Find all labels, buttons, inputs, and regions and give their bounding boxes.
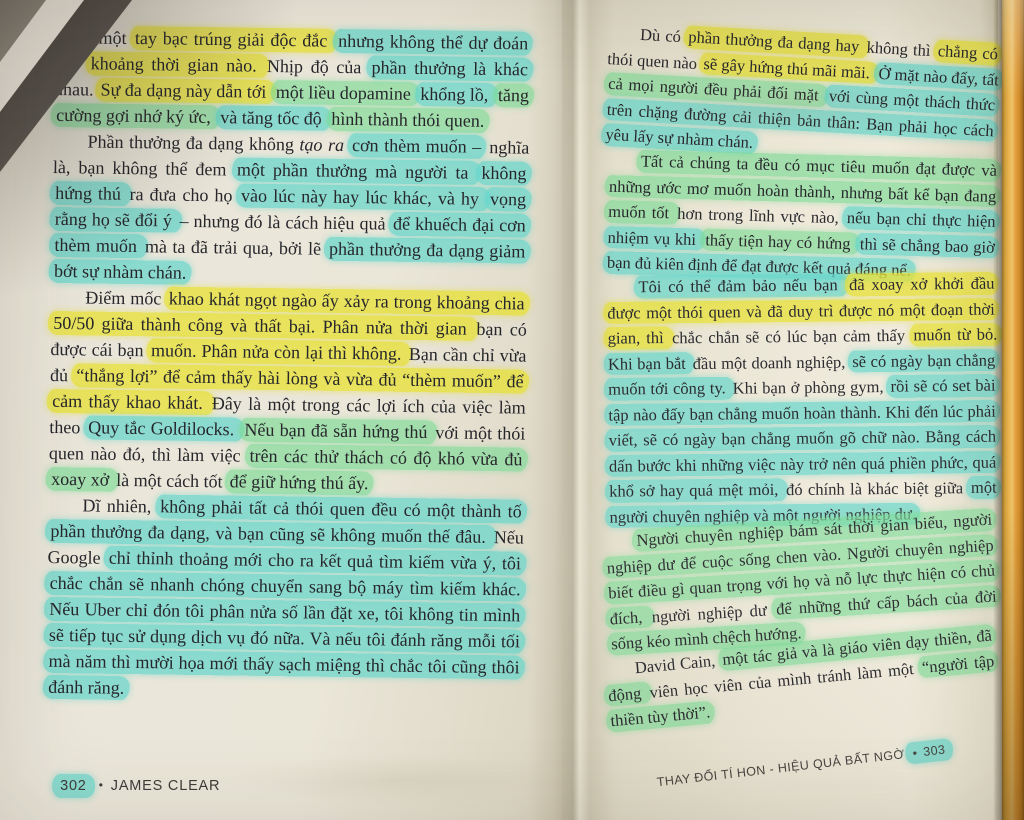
highlighted-text: sẽ gây hứng thú mãi mãi. (698, 52, 879, 84)
text-segment: viên học viên của mình tránh làm một (649, 657, 921, 700)
text-segment: mà ta đã trải qua, bởi lẽ (145, 236, 327, 259)
running-title-author: JAMES CLEAR (111, 778, 221, 794)
highlighted-text: nếu bạn chỉ thực hiện nhiệm vụ khi (603, 206, 1001, 250)
text-segment: người nghiệp dư (651, 600, 774, 626)
highlighted-text: đã xoay xở khởi đầu được một thói quen v… (603, 272, 1000, 349)
text-segment: Điểm mốc (85, 287, 166, 308)
text-segment: vào (54, 53, 88, 73)
highlighted-text: “người tập thiền tùy thời”. (605, 649, 1000, 733)
highlighted-text: một tác giả và là giáo viên dạy thiền, đ… (603, 623, 998, 707)
paragraph: sẽ có một tay bạc trúng giải độc đắc như… (54, 24, 531, 135)
book-cover-edge (1002, 0, 1024, 820)
text-segment: đó chính là khác biệt giữa (786, 478, 969, 499)
paragraph: Dù có phần thưởng đa dạng hay không thì … (602, 20, 1001, 169)
highlighted-text: cả mọi người đều phải đối mặt (603, 72, 829, 107)
text-segment: là một cách tốt (116, 470, 227, 492)
highlighted-text: sẽ có ngày bạn chẳng muốn tới công ty. (603, 349, 1000, 401)
text-segment: Phần thưởng đa dạng không (87, 131, 299, 154)
highlighted-text: để giữ hứng thú ấy. (224, 470, 373, 496)
paragraph: Tôi có thể đảm bảo nếu bạn đã xoay xở kh… (605, 271, 1000, 530)
highlighted-text: rồi sẽ có set bài tập nào đấy bạn chẳng … (604, 374, 1001, 502)
text-segment: David Cain, (634, 650, 721, 677)
highlighted-text: để những thứ cấp bách của đời sống kéo m… (606, 584, 1002, 655)
text-segment: hơn trong lĩnh vực nào, (677, 203, 845, 226)
text-segment: Dĩ nhiên, (82, 495, 157, 516)
paragraph: Phần thưởng đa dạng không tạo ra cơn thè… (51, 128, 529, 291)
highlighted-text: Khi bạn bắt (603, 352, 695, 375)
highlighted-text: muốn từ bỏ. (909, 323, 1002, 346)
highlighted-text: một phần thưởng mà người ta (232, 158, 482, 185)
highlighted-text: cơn thèm muốn – (347, 133, 487, 159)
highlighted-text: phần thưởng là khác (366, 56, 533, 82)
paragraph: Tất cả chúng ta đều có mục tiêu muốn đạt… (604, 148, 999, 286)
paragraph: Điểm mốc khao khát ngọt ngào ấy xảy ra t… (48, 284, 527, 499)
highlighted-text: Quy tắc Goldilocks. (83, 416, 245, 442)
highlighted-text: vào lúc này hay lúc khác, và hy (236, 184, 490, 211)
highlighted-text: Sự đa dạng này dẫn tới (95, 78, 276, 104)
text-segment: đầu một doanh nghiệp, (693, 352, 850, 373)
highlighted-text: một người chuyên nghiệp và một người ngh… (605, 476, 1002, 528)
highlighted-text: Ở mặt nào đấy, tất (873, 62, 1004, 91)
highlighted-text: Tất cả chúng ta đều có mục tiêu muốn đạt… (603, 150, 1001, 224)
open-book-photo: sẽ có một tay bạc trúng giải độc đắc như… (0, 0, 1024, 820)
highlighted-text: thấy tiện hay có hứng (700, 228, 860, 254)
page-number: 302 (52, 774, 95, 798)
page-right-text: Dù có phần thưởng đa dạng hay không thì … (606, 20, 998, 734)
highlighted-text: Người chuyên nghiệp bám sát thời gian bi… (602, 508, 1001, 630)
highlighted-text: thì sẽ chẳng bao giờ bạn đủ kiên định để… (602, 232, 1000, 281)
page-footer-right: THAY ĐỔI TÍ HON - HIỆU QUẢ BẤT NGỜ •303 (657, 742, 951, 789)
highlighted-text: muốn. Phân nửa còn lại thì không. (146, 339, 412, 366)
page-number: •303 (904, 737, 954, 765)
page-footer-left: 302•JAMES CLEAR (55, 778, 220, 794)
paragraph: Người chuyên nghiệp bám sát thời gian bi… (602, 507, 1001, 658)
text-segment: tạo ra (299, 134, 344, 155)
cover-gap-shadow (993, 0, 1002, 820)
highlighted-text: nhưng không thể dự đoán (333, 29, 533, 55)
paragraph: David Cain, một tác giả và là giáo viên … (603, 622, 1000, 734)
footer-bullet-icon: • (99, 778, 104, 792)
highlighted-text: khoảng thời gian nào. (85, 52, 269, 78)
text-segment: ra đưa cho họ (129, 184, 238, 206)
highlighted-text: hình thành thói quen. (326, 107, 489, 133)
text-segment: – nhưng đó là cách hiệu quả (179, 211, 390, 234)
highlighted-text: Tôi có thể đảm bảo nếu bạn (634, 274, 849, 299)
text-segment: sẽ có một (55, 27, 133, 48)
highlighted-text: và tăng tốc độ (215, 105, 331, 130)
highlighted-text: chỉ thỉnh thoảng mới cho ra kết quả tìm … (43, 546, 526, 700)
running-title-book: THAY ĐỔI TÍ HON - HIỆU QUẢ BẤT NGỜ (657, 747, 906, 789)
text-segment: nhau. (54, 79, 98, 100)
footer-bullet-icon: • (912, 746, 918, 760)
highlighted-text: khổng lồ, (415, 82, 498, 107)
highlighted-text: phần thưởng đa dạng hay (683, 26, 869, 59)
text-segment: Nhịp độ của (267, 56, 369, 77)
page-left: sẽ có một tay bạc trúng giải độc đắc như… (0, 0, 562, 820)
text-segment: Khi bạn ở phòng gym, (733, 377, 889, 398)
highlighted-text: một liều dopamine (271, 80, 421, 106)
text-segment: thói quen nào (607, 49, 702, 73)
highlighted-text: với cùng một thách thức trên chặng đường… (600, 85, 1000, 155)
text-segment: chắc chắn sẽ có lúc bạn cảm thấy (672, 326, 911, 348)
highlighted-text: tay bạc trúng giải độc đắc (130, 26, 339, 52)
highlighted-text: Nếu bạn đã sẵn hứng thú (239, 418, 438, 444)
page-right: Dù có phần thưởng đa dạng hay không thì … (562, 0, 998, 820)
text-segment: Dù có (640, 25, 687, 47)
text-segment: không thì (866, 38, 936, 61)
paragraph: Dĩ nhiên, không phải tất cả thói quen đề… (46, 492, 525, 707)
page-left-text: sẽ có một tay bạc trúng giải độc đắc như… (46, 24, 531, 707)
